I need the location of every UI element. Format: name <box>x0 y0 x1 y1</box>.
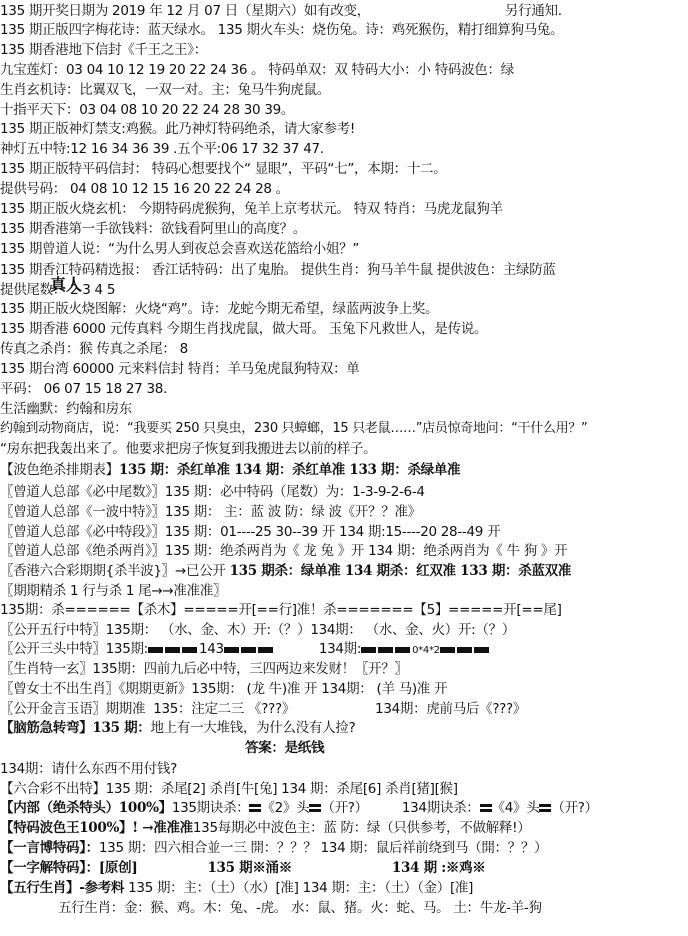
text-line: 平码： 06 07 15 18 27 38. <box>0 380 167 398</box>
ms-zeng-row: 〖曾女士不出生肖〗《期期更新》135期： (龙 牛)准 开 134期： (羊 马… <box>0 680 447 698</box>
three-heads-row: 〖公开三头中特〗135期:143 134期:0*4*2 <box>0 640 491 660</box>
zeng-row: 〖曾道人总部《绝杀两肖》〗135 期：绝杀两肖为《 龙 兔 》开 134 期：绝… <box>0 542 567 560</box>
one-word-row: 【一言博特码】：135 期：四六相合並一三 開：？？？ 134 期：鼠后祥前绕到… <box>0 839 547 857</box>
text-line: 135 期正版火烧玄机： 今期特码虎猴狗，兔羊上京考状元。 特双 特肖：马虎龙鼠… <box>0 200 503 218</box>
text-line: 135 期正版特平码信封： 特码心想要找个“ 显眼”，平码“七”，本期：十二。 <box>0 160 446 178</box>
bar-icon <box>361 640 412 658</box>
golden-row: 〖公开金言玉语〗期期准 135：注定二三 《???》134期：虎前马后《???》 <box>0 700 526 718</box>
text-line: 约翰到动物商店，说：“我要买 250 只臭虫，230 只蟑螂，15 只老鼠……”… <box>0 420 587 438</box>
double-bar-icon <box>480 804 492 812</box>
text-line: 135 期曾道人说：“为什么男人到夜总会喜欢送花篮给小姐？” <box>0 240 359 258</box>
draw-date-line: 135 期开奖日期为 2019 年 12 月 07 日（星期六）如有改变，另行通… <box>0 2 562 20</box>
bar-icon <box>224 640 275 658</box>
zeng-row: 〖曾道人总部《必中特段》〗135 期：01----25 30--39 开 134… <box>0 523 500 541</box>
riddle-next: 134期：请什么东西不用付钱? <box>0 760 177 778</box>
zeng-row: 〖曾道人总部《一波中特》〗135 期： 主：蓝 波 防：绿 波《开？？准》 <box>0 503 421 521</box>
text-line: 135 期正版四字梅花诗：蓝天绿水。 135 期火车头：烧伤兔。诗：鸡死猴伤，精… <box>0 21 563 39</box>
text-line: 135 期香港第一手欲钱料：欲钱看阿里山的高度？。 <box>0 220 306 238</box>
text-line: 135 期正版神灯禁支:鸡猴。此乃神灯特码绝杀，请大家参考! <box>0 120 355 138</box>
double-bar-icon <box>539 804 551 812</box>
kill-row: 135期：杀======【杀木】=====开[==行]准！杀=======【5】… <box>0 601 562 619</box>
section-label: 【波色绝杀排期表】 <box>0 462 119 478</box>
kill-row-label: 〖期期精杀 1 行与杀 1 尾→→准准准〗 <box>0 582 226 600</box>
riddle-row: 【脑筋急转弯】135 期：地上有一大堆钱，为什么没有人捡? <box>0 719 355 737</box>
zodiac-one-row: 〖生肖特一玄〗135期：四前九后必中特，三四两边来发财！〖开？〗 <box>0 660 408 678</box>
text-line: 提供号码： 04 08 10 12 15 16 20 22 24 28 。 <box>0 180 289 198</box>
bar-icon <box>148 640 199 658</box>
text-line: 135 期香江特码精选报： 香江话特码：出了鬼胎。 提供生肖：狗马羊牛鼠 提供波… <box>0 261 556 279</box>
double-bar-icon <box>309 804 321 812</box>
double-bar-icon <box>249 804 261 812</box>
zeng-row: 〖曾道人总部《必中尾数》〗135 期：必中特码（尾数）为：1-3-9-2-6-4 <box>0 483 425 501</box>
kill-color-table: 【波色绝杀排期表】135 期：杀红单准 134 期：杀红单准 133 期：杀绿单… <box>0 461 460 479</box>
riddle-answer: 答案：是纸钱 <box>245 739 324 757</box>
bar-icon <box>440 640 491 658</box>
text-line: 135 期正版火烧图解：火烧“鸡”。诗：龙蛇今期无希望，绿蓝两波争上奖。 <box>0 300 438 318</box>
text-line: 传真之杀肖：猴 传真之杀尾： 8 <box>0 340 188 358</box>
text-line: 生活幽默：约翰和房东 <box>0 400 132 418</box>
text-line: 135 期香港地下信封《千王之王》： <box>0 41 207 59</box>
one-char-row: 【一字解特码】：[原创]135 期※涌※134 期 :※鸡※ <box>0 859 486 877</box>
internal-row: 【内部（绝杀特头）100%】135期诀杀：《2》头（开?） 134期诀杀：《4》… <box>0 799 598 817</box>
half-wave-row: 〖香港六合彩期期{杀半波}〗→已公开 135 期杀：绿单准 134 期杀：红双准… <box>0 562 571 580</box>
text-line: 135 期台湾 60000 元来料信封 特肖：羊马兔虎鼠狗特双：单 <box>0 360 359 378</box>
wuxing-row: 【五行生肖】-参考料 135 期：主：（土）（水）[准] 134 期：主：（土）… <box>0 879 473 897</box>
text-line: “房东把我轰出来了。他要求把房子恢复到我搬进去以前的样子。 <box>0 440 376 458</box>
text-line: 九宝莲灯：03 04 10 12 19 20 22 24 36 。 特码单双：双… <box>0 61 514 79</box>
wave-king-row: 【特码波色王100%】! →准准准135每期必中波色主：蓝 防：绿（只供参考，不… <box>0 819 530 837</box>
text-line: 生肖玄机诗：比翼双飞，一双一对。主：兔马牛狗虎鼠。 <box>0 81 330 99</box>
wuxing-legend: 五行生肖：金：猴、鸡。木：兔、-虎。 水：鼠、猪。火：蛇、马。 土：牛龙-羊-狗 <box>58 899 542 917</box>
watermark-overlay: 真人 <box>50 272 82 295</box>
text-line: 十指平天下：03 04 08 10 20 22 24 28 30 39。 <box>0 101 294 119</box>
no-special-row: 【六合彩不出特】135 期：杀尾[2] 杀肖[牛[兔] 134 期：杀尾[6] … <box>0 780 458 798</box>
text-line: 135 期香港 6000 元传真料 今期生肖找虎鼠，做大哥。 玉兔下凡救世人，是… <box>0 320 487 338</box>
text-line: 神灯五中特:12 16 34 36 39 .五个平:06 17 32 37 47… <box>0 140 324 158</box>
five-elements-row: 〖公开五行中特〗135期： （水、金、木）开:（？）134期： （水、金、火）开… <box>0 621 515 639</box>
